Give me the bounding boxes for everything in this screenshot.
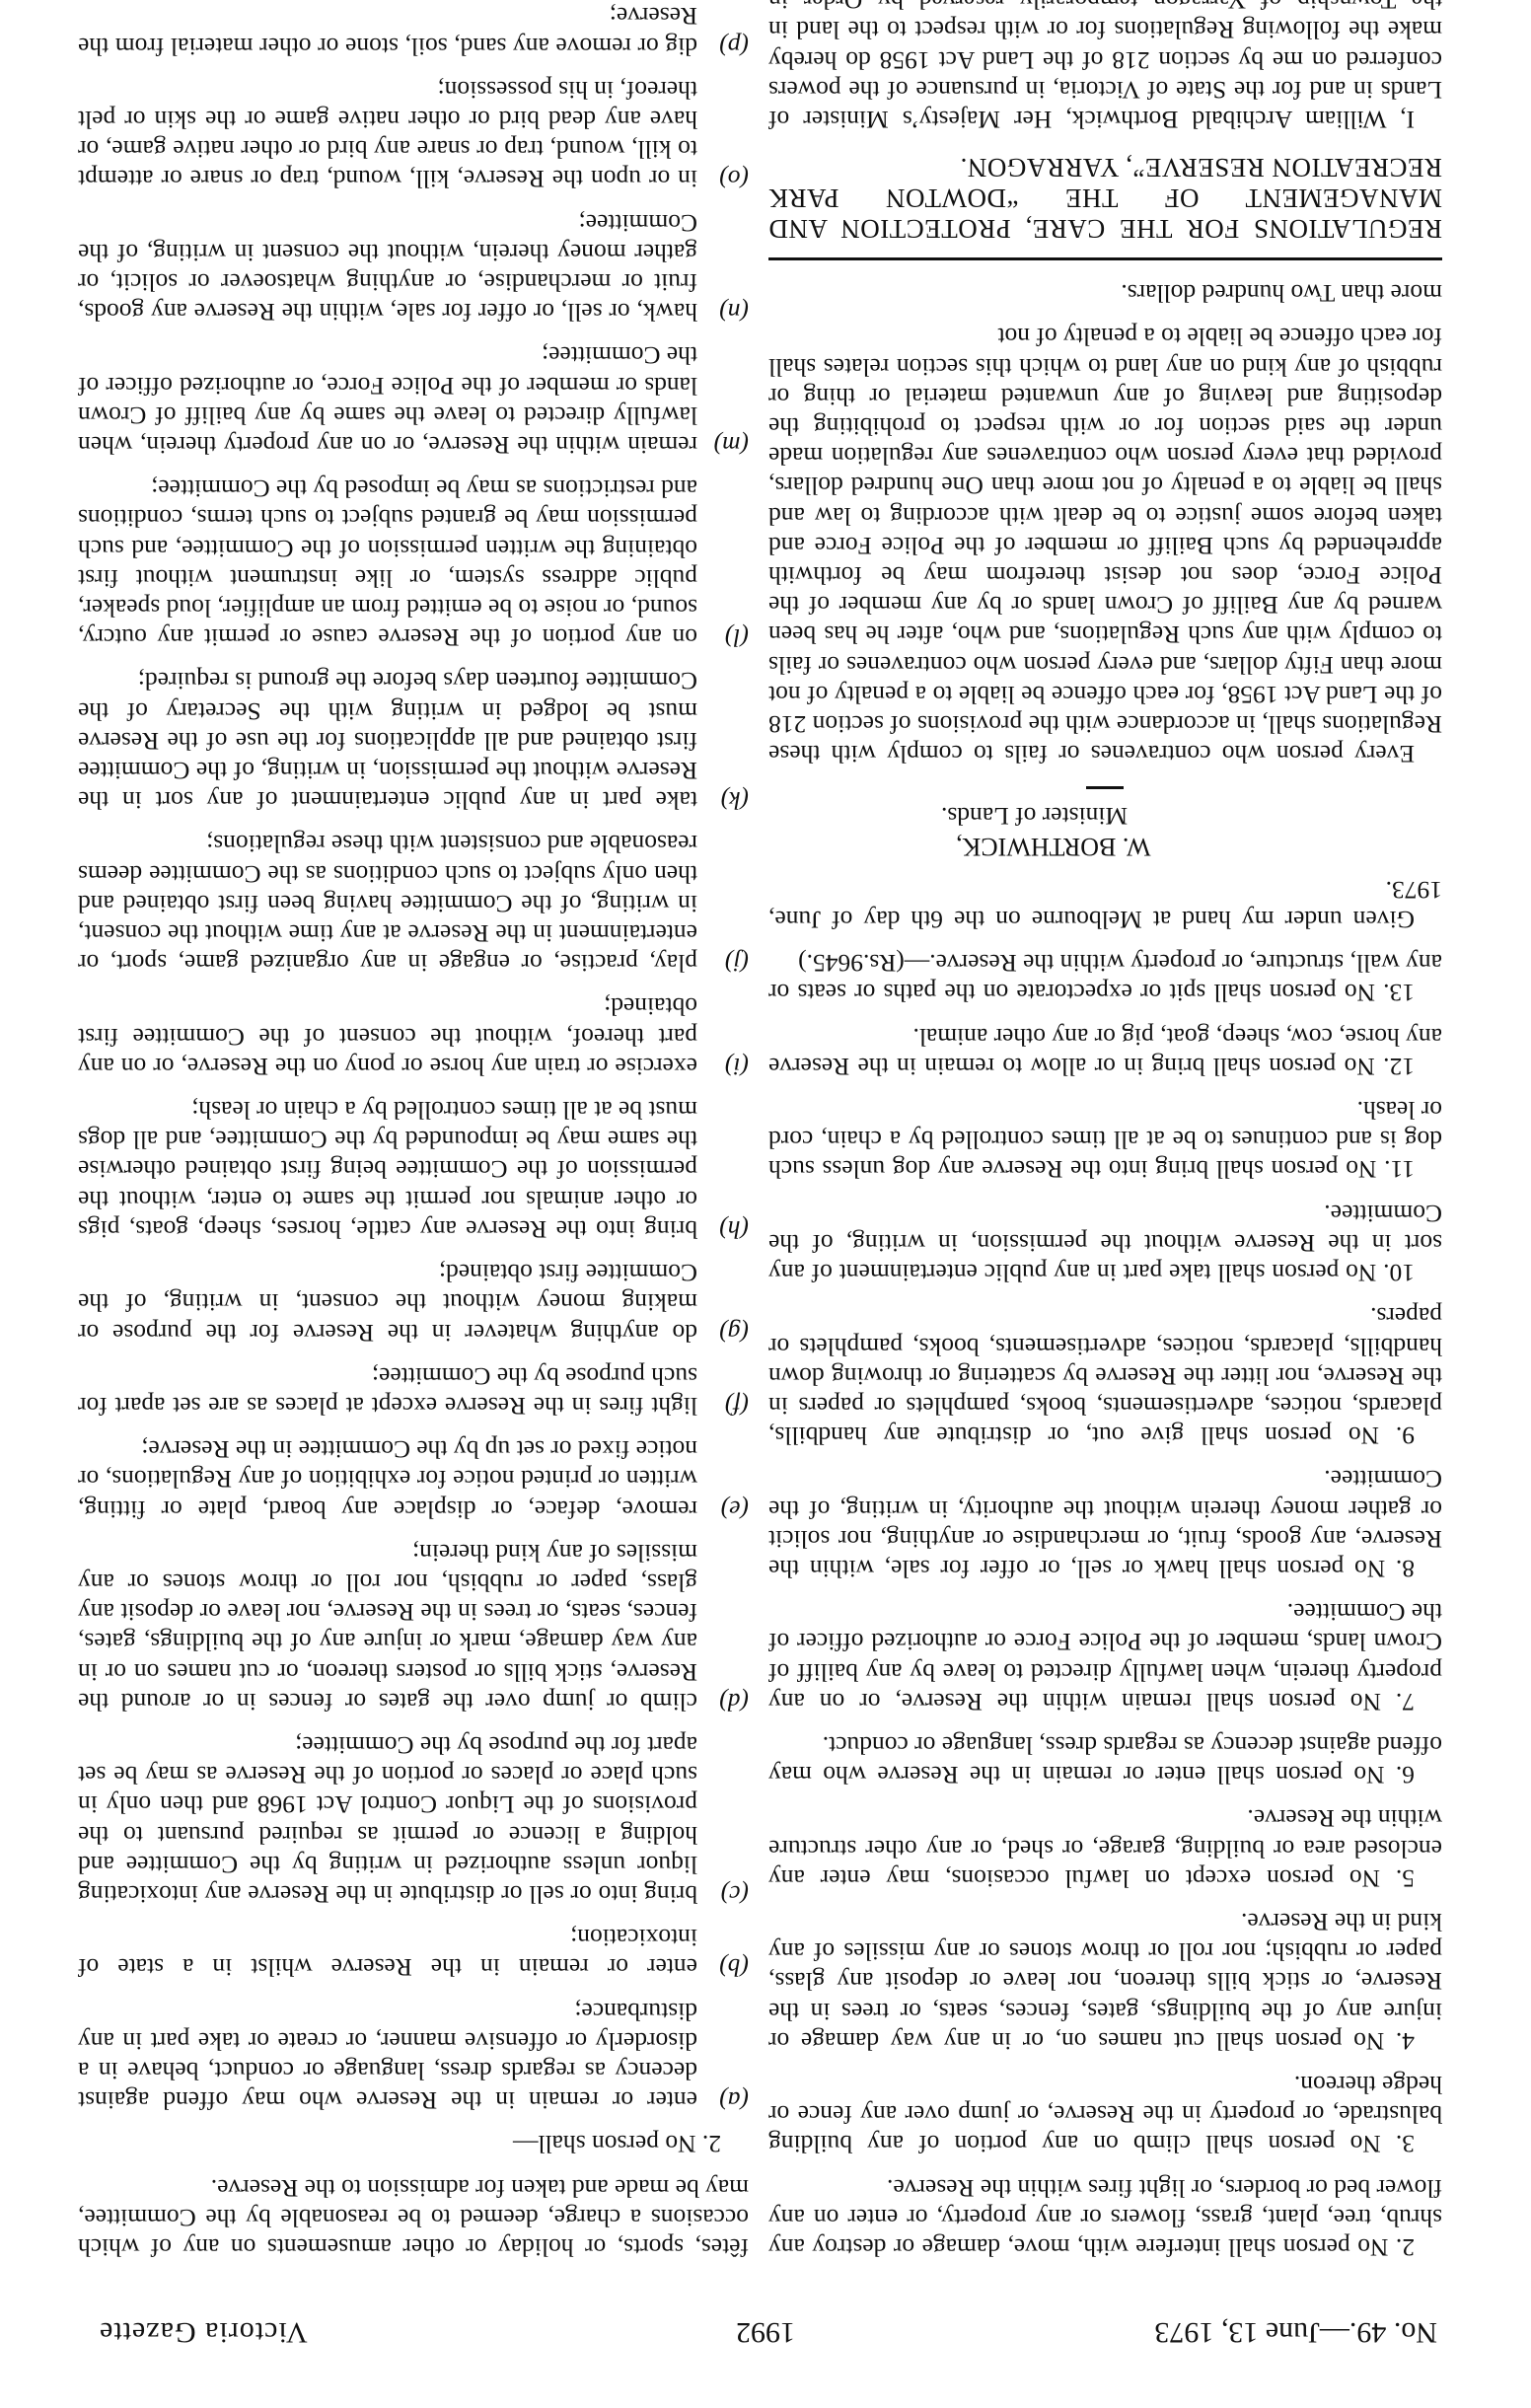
- intro-paragraph: I, William Archibald Borthwick, Her Maje…: [768, 0, 1442, 134]
- item-text: dig or remove any sand, soil, stone or o…: [78, 2, 697, 60]
- item-text: hawk, or sell, or offer for sale, within…: [78, 209, 697, 328]
- regulation-item: (j)play, practise, or engage in any orga…: [78, 829, 749, 978]
- item-label: (c): [697, 1879, 749, 1909]
- penalty-tail: more than Two hundred dollars.: [768, 278, 1442, 308]
- regulation-13: 13. No person shall spit or expectorate …: [768, 948, 1442, 1007]
- column-left: 2. No person shall interfere with, move,…: [768, 0, 1442, 2262]
- regulation-2: 2. No person shall interfere with, move,…: [768, 2172, 1442, 2262]
- item-text: play, practise, or engage in any organiz…: [78, 830, 697, 978]
- title-line-2: MANAGEMENT OF THE “DOWTON PARK: [768, 183, 1442, 213]
- item-text: on any portion of the Reserve cause or p…: [78, 474, 697, 652]
- regulation-item: (d)climb or jump over the gates or fence…: [78, 1538, 749, 1716]
- regulation-7: 7. No person shall remain within the Res…: [768, 1597, 1442, 1716]
- regulation-5: 5. No person except on lawful occasions,…: [768, 1803, 1442, 1893]
- regulation-1-continued: fêtes, sports, or holiday or other amuse…: [78, 2172, 749, 2262]
- item-text: bring into or sell or distribute in the …: [78, 1731, 697, 1909]
- item-label: (b): [697, 1952, 749, 1982]
- item-label: (o): [697, 164, 749, 193]
- penalty-paragraph: Every person who contravenes or fails to…: [768, 322, 1442, 768]
- regulation-item: (a)enter or remain in the Reserve who ma…: [78, 1996, 749, 2115]
- regulation-8: 8. No person shall hawk or sell, or offe…: [768, 1464, 1442, 1583]
- heading-rule: [768, 257, 1442, 260]
- section-divider: [1087, 786, 1125, 789]
- item-text: enter or remain in the Reserve who may o…: [78, 1998, 697, 2116]
- signatory-name: W. BORTHWICK,: [768, 831, 1442, 860]
- item-text: remove, deface, or displace any board, p…: [78, 1435, 697, 1523]
- regulation-item: (p)dig or remove any sand, soil, stone o…: [78, 1, 749, 60]
- item-label: (d): [697, 1687, 749, 1716]
- regulation-item: (n)hawk, or sell, or offer for sale, wit…: [78, 207, 749, 327]
- regulation-item: (e)remove, deface, or displace any board…: [78, 1434, 749, 1524]
- regulation-item: (c)bring into or sell or distribute in t…: [78, 1730, 749, 1909]
- regulation-9: 9. No person shall give out, or distribu…: [768, 1301, 1442, 1450]
- regulation-6: 6. No person shall enter or remain in th…: [768, 1730, 1442, 1789]
- regulation-item: (o)in or upon the Reserve, kill, wound, …: [78, 75, 749, 194]
- regulation-11: 11. No person shall bring into the Reser…: [768, 1095, 1442, 1185]
- item-label: (h): [697, 1214, 749, 1244]
- regulation-item: (g)do anything whatever in the Reserve f…: [78, 1258, 749, 1348]
- regulation-item: (h)bring into the Reserve any cattle, ho…: [78, 1095, 749, 1244]
- item-label: (p): [697, 31, 749, 60]
- item-label: (i): [697, 1052, 749, 1081]
- regulation-2-intro: 2. No person shall—: [78, 2129, 749, 2158]
- regulations-title: REGULATIONS FOR THE CARE, PROTECTION AND…: [768, 152, 1442, 244]
- publication-title: Victoria Gazette: [99, 2315, 308, 2349]
- item-label: (m): [697, 430, 749, 460]
- item-text: in or upon the Reserve, kill, wound, tra…: [78, 76, 697, 194]
- item-label: (n): [697, 297, 749, 327]
- item-label: (k): [697, 785, 749, 815]
- item-text: do anything whatever in the Reserve for …: [78, 1259, 697, 1347]
- title-line-3: RECREATION RESERVE”, YARRAGON.: [768, 152, 1442, 182]
- item-text: remain within the Reserve, or on any pro…: [78, 341, 697, 460]
- item-label: (j): [697, 948, 749, 978]
- title-line-1: REGULATIONS FOR THE CARE, PROTECTION AND: [768, 214, 1442, 244]
- item-text: exercise or train any horse or pony on t…: [78, 992, 697, 1080]
- page-header: No. 49.—June 13, 1973 1992 Victoria Gaze…: [0, 2299, 1531, 2349]
- given-under-hand: Given under my hand at Melbourne on the …: [768, 875, 1442, 934]
- regulation-2-items: (a)enter or remain in the Reserve who ma…: [78, 0, 749, 2115]
- gazette-page: No. 49.—June 13, 1973 1992 Victoria Gaze…: [0, 0, 1531, 2408]
- regulation-4: 4. No person shall cut names on, or in a…: [768, 1907, 1442, 2056]
- item-text: bring into the Reserve any cattle, horse…: [78, 1096, 697, 1244]
- column-right: fêtes, sports, or holiday or other amuse…: [78, 0, 749, 2262]
- regulation-12: 12. No person shall bring in or allow to…: [768, 1021, 1442, 1080]
- regulation-10: 10. No person shall take part in any pub…: [768, 1199, 1442, 1288]
- item-text: light fires in the Reserve except at pla…: [78, 1362, 697, 1421]
- item-label: (f): [697, 1391, 749, 1421]
- item-text: enter or remain in the Reserve whilst in…: [78, 1924, 697, 1982]
- regulation-item: (f)light fires in the Reserve except at …: [78, 1361, 749, 1421]
- item-text: climb or jump over the gates or fences i…: [78, 1539, 697, 1716]
- regulation-3: 3. No person shall climb on any portion …: [768, 2070, 1442, 2159]
- regulation-item: (m)remain within the Reserve, or on any …: [78, 340, 749, 460]
- item-text: take part in any public entertainment of…: [78, 667, 697, 815]
- regulation-item: (b)enter or remain in the Reserve whilst…: [78, 1923, 749, 1982]
- item-label: (a): [697, 2085, 749, 2115]
- regulation-item: (l)on any portion of the Reserve cause o…: [78, 474, 749, 652]
- signatory-title: Minister of Lands.: [768, 801, 1442, 831]
- item-label: (g): [697, 1317, 749, 1347]
- regulation-item: (k)take part in any public entertainment…: [78, 666, 749, 815]
- item-label: (l): [697, 622, 749, 652]
- item-label: (e): [697, 1494, 749, 1523]
- regulation-item: (i)exercise or train any horse or pony o…: [78, 991, 749, 1081]
